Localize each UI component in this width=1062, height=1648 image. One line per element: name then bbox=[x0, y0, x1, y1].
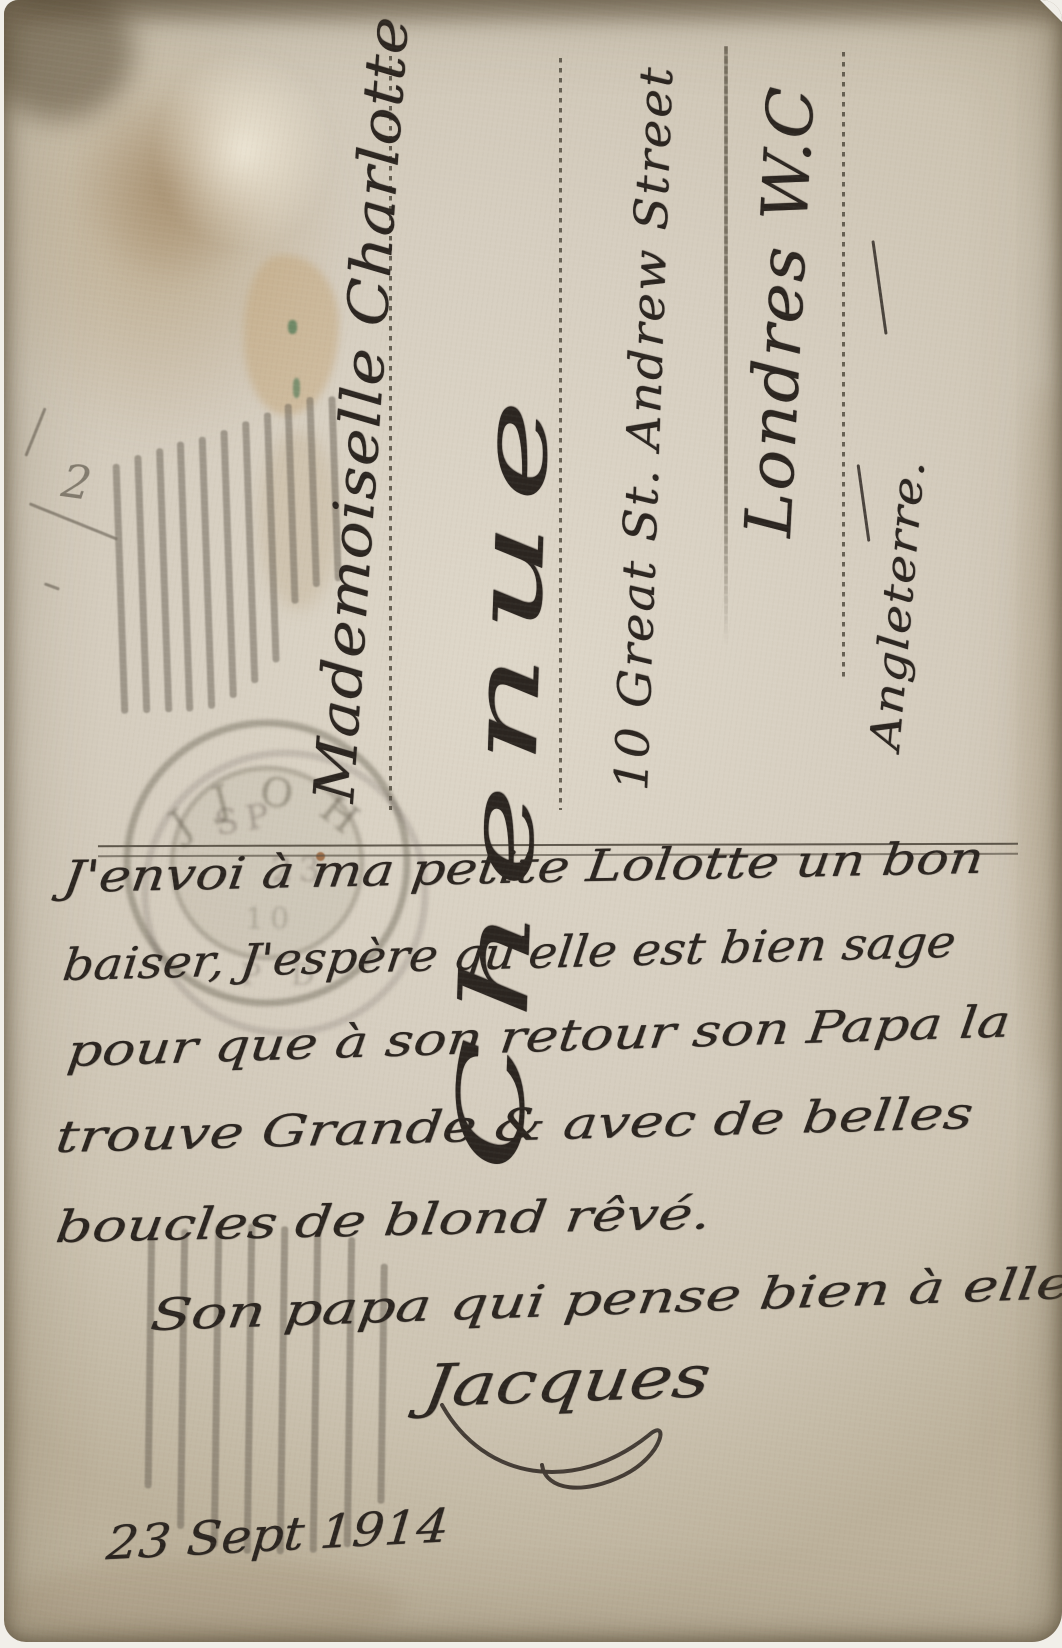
paper-peel-patch bbox=[154, 50, 334, 250]
cancel-bar bbox=[285, 404, 299, 604]
cancel-bar bbox=[177, 441, 193, 711]
printed-guide-line-solid bbox=[724, 46, 728, 646]
cancel-bar bbox=[244, 1224, 256, 1554]
paper-stain bbox=[1014, 380, 1062, 1080]
pencil-mark bbox=[44, 582, 60, 590]
cancel-bar bbox=[210, 1225, 221, 1547]
paper-stain bbox=[4, 0, 1062, 22]
message-line: boucles de blond rêvé. bbox=[53, 1188, 714, 1253]
paper-stain bbox=[4, 0, 134, 120]
cancel-bar bbox=[242, 421, 258, 683]
cancel-bar bbox=[113, 464, 129, 714]
postmark-center-text: 10 bbox=[245, 902, 295, 937]
paper-stain bbox=[244, 255, 339, 415]
postcard: JJOH SP 23 10 P D 2 Mademoiselle Charlot… bbox=[4, 0, 1062, 1642]
paper-stain bbox=[4, 1560, 404, 1642]
stamp-remnant-fleck bbox=[288, 320, 297, 334]
cancel-bar bbox=[220, 430, 236, 698]
address-underline bbox=[871, 240, 887, 334]
address-street: 10 Great St. Andrew Street bbox=[604, 65, 683, 792]
stamp-remnant-fleck bbox=[293, 378, 300, 398]
paper-stain bbox=[74, 85, 274, 285]
signature-flourish bbox=[424, 1395, 684, 1525]
address-city: Londres W.C bbox=[732, 83, 830, 539]
cancel-bar bbox=[177, 1229, 188, 1529]
pencil-mark: 2 bbox=[58, 453, 95, 511]
corner-notch bbox=[1040, 0, 1062, 22]
address-country: Angleterre. bbox=[860, 457, 934, 752]
cancel-bar bbox=[263, 412, 279, 662]
cancel-bar bbox=[277, 1226, 289, 1554]
cancel-bar bbox=[156, 448, 172, 712]
pencil-mark bbox=[24, 407, 46, 456]
printed-guide-line-dotted bbox=[842, 52, 845, 682]
address-underline bbox=[857, 464, 871, 542]
cancel-bar bbox=[199, 437, 215, 709]
cancel-bar bbox=[145, 1238, 155, 1488]
paper-stain bbox=[4, 20, 354, 450]
cancel-bar bbox=[134, 455, 150, 713]
